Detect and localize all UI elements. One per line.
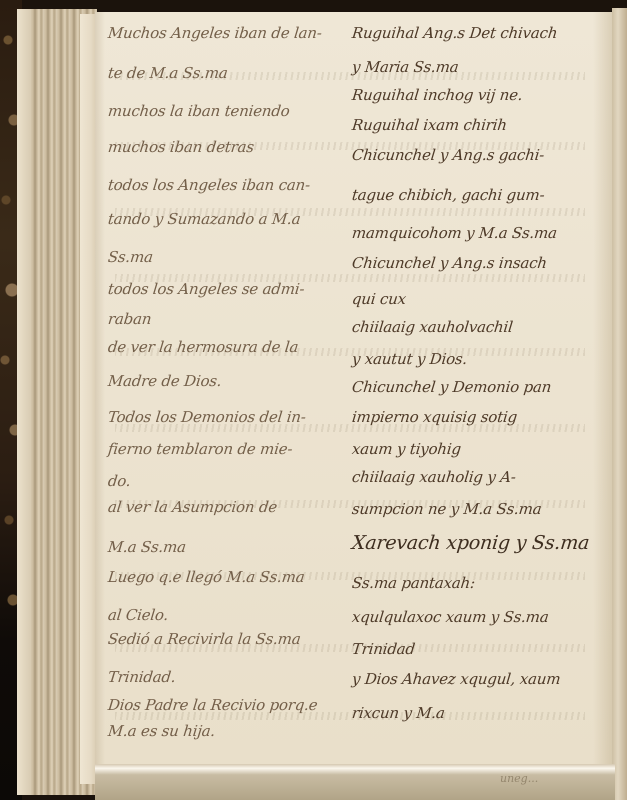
manuscript-line: Chicunchel y Ang.s insach	[351, 254, 548, 272]
manuscript-line: raban	[107, 310, 152, 328]
manuscript-line: Ss.ma pantaxah:	[351, 574, 476, 592]
manuscript-line: xaum y tiyohig	[351, 440, 462, 458]
manuscript-line: chiilaaig xauholvachil	[351, 318, 514, 336]
manuscript-line: todos los Angeles iban can-	[107, 176, 311, 194]
manuscript-line: Luego q.e llegó M.a Ss.ma	[107, 568, 305, 586]
manuscript-line: fierno temblaron de mie-	[107, 440, 293, 458]
manuscript-line: muchos la iban teniendo	[107, 102, 291, 120]
page-stack-outer	[17, 9, 31, 795]
manuscript-line: Ss.ma	[107, 248, 154, 266]
manuscript-line: qui cux	[351, 290, 407, 308]
manuscript-line: todos los Angeles se admi-	[107, 280, 305, 298]
manuscript-line: chiilaaig xauholig y A-	[351, 468, 517, 486]
manuscript-line: y xautut y Dios.	[351, 350, 468, 368]
manuscript-line: Madre de Dios.	[107, 372, 222, 390]
manuscript-line: M.a es su hija.	[107, 722, 216, 740]
manuscript-line: do.	[107, 472, 131, 490]
manuscript-line: tando y Sumazando a M.a	[107, 210, 301, 228]
manuscript-line: rixcun y M.a	[351, 704, 446, 722]
manuscript-line: te de M.a Ss.ma	[107, 64, 229, 82]
manuscript-line: al ver la Asumpcion de	[107, 498, 278, 516]
manuscript-line: y Maria Ss.ma	[351, 58, 459, 76]
manuscript-line: Dios Padre la Recivio porq.e	[107, 696, 318, 714]
manuscript-line: de ver la hermosura de la	[107, 338, 299, 356]
manuscript-line: Muchos Angeles iban de lan-	[107, 24, 323, 42]
manuscript-line: al Cielo.	[107, 606, 169, 624]
manuscript-line: M.a Ss.ma	[107, 538, 187, 556]
right-page-edge	[612, 8, 627, 800]
manuscript-line: tague chibich, gachi gum-	[351, 186, 545, 204]
manuscript-line: Xarevach xponig y Ss.ma	[351, 532, 591, 554]
footer-note: uneg...	[500, 772, 538, 785]
manuscript-line: xqulqulaxoc xaum y Ss.ma	[351, 608, 549, 626]
manuscript-line: Todos los Demonios del in-	[107, 408, 307, 426]
manuscript-line: sumpcion ne y M.a Ss.ma	[351, 500, 542, 518]
manuscript-line: Trinidad	[351, 640, 416, 658]
manuscript-line: Trinidad.	[107, 668, 176, 686]
manuscript-line: muchos iban detras	[107, 138, 255, 156]
manuscript-line: Ruguihal Ang.s Det chivach	[351, 24, 558, 42]
manuscript-line: Chicunchel y Ang.s gachi-	[351, 146, 545, 164]
manuscript-line: Ruguihal inchog vij ne.	[351, 86, 523, 104]
manuscript-line: mamquicohom y M.a Ss.ma	[351, 224, 558, 242]
manuscript-line: impierno xquisig sotig	[351, 408, 518, 426]
manuscript-line: y Dios Ahavez xqugul, xaum	[351, 670, 561, 688]
manuscript-line: Chicunchel y Demonio pan	[351, 378, 552, 396]
manuscript-line: Sedió a Recivirla la Ss.ma	[107, 630, 302, 648]
manuscript-line: Ruguihal ixam chirih	[351, 116, 508, 134]
